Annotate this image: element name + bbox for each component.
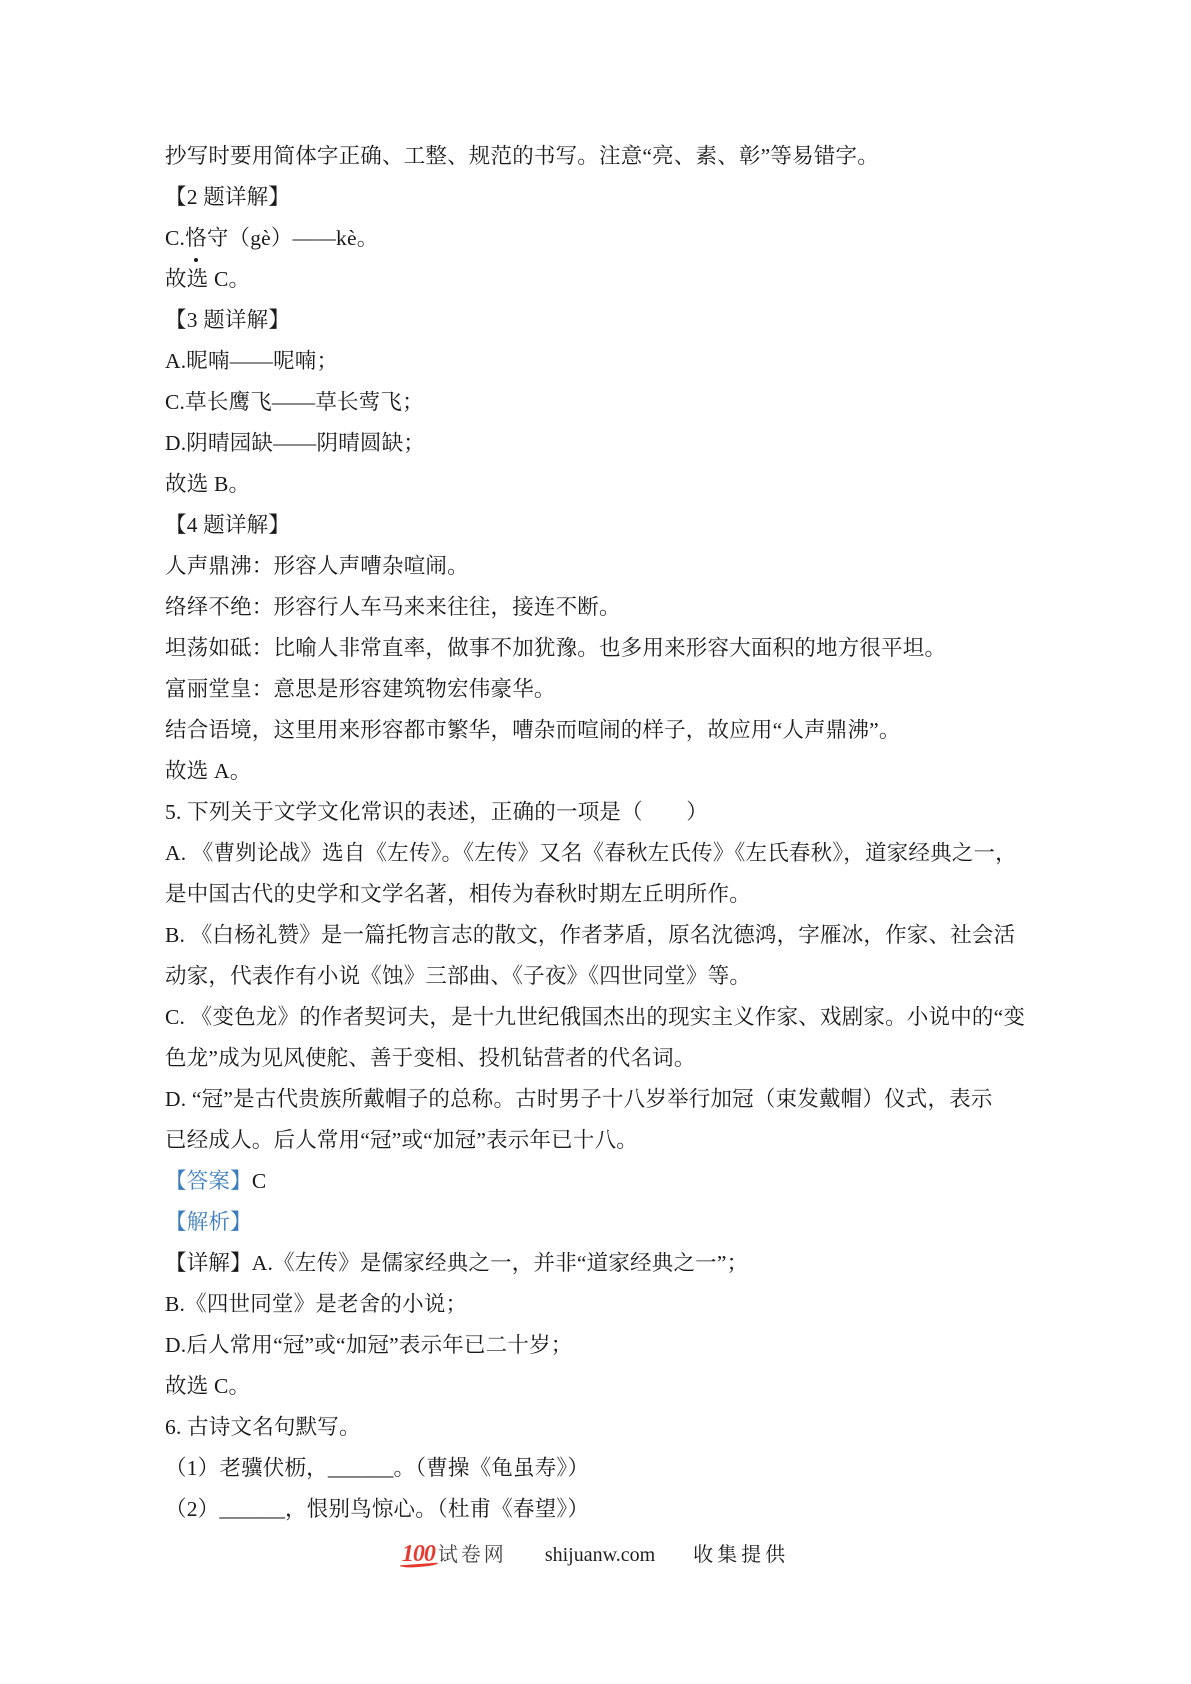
text-segment: 【3 题详解】 <box>165 308 290 332</box>
text-line: 坦荡如砥：比喻人非常直率，做事不加犹豫。也多用来形容大面积的地方很平坦。 <box>165 628 1045 669</box>
text-segment: 富丽堂皇：意思是形容建筑物宏伟豪华。 <box>165 677 556 701</box>
text-line: 络绎不绝：形容行人车马来来往往，接连不断。 <box>165 587 1045 628</box>
text-line: 人声鼎沸：形容人声嘈杂喧闹。 <box>165 546 1045 587</box>
logo-100-icon: 100 <box>402 1541 438 1568</box>
text-segment: 【2 题详解】 <box>165 185 290 209</box>
text-segment: 6. 古诗文名句默写。 <box>165 1415 361 1439</box>
text-line: C.草长鹰飞——草长莺飞； <box>165 382 1045 423</box>
text-line: C.恪守（gè）——kè。 <box>165 218 1045 259</box>
text-line: 已经成人。后人常用“冠”或“加冠”表示年已十八。 <box>165 1120 1045 1161</box>
text-line: D. “冠”是古代贵族所戴帽子的总称。古时男子十八岁举行加冠（束发戴帽）仪式，表… <box>165 1079 1045 1120</box>
text-line: A.昵喃——呢喃； <box>165 341 1045 382</box>
text-line: B. 《白杨礼赞》是一篇托物言志的散文，作者茅盾，原名沈德鸿，字雁冰，作家、社会… <box>165 915 1045 956</box>
text-segment: B. 《白杨礼赞》是一篇托物言志的散文，作者茅盾，原名沈德鸿，字雁冰，作家、社会… <box>165 923 1015 947</box>
text-line: 【详解】A.《左传》是儒家经典之一，并非“道家经典之一”； <box>165 1243 1045 1284</box>
text-line: D.后人常用“冠”或“加冠”表示年已二十岁； <box>165 1325 1045 1366</box>
text-segment: （2）______，恨别鸟惊心。（杜甫《春望》） <box>165 1497 589 1521</box>
text-segment: 故选 C。 <box>165 267 250 291</box>
text-segment: 结合语境，这里用来形容都市繁华，嘈杂而喧闹的样子，故应用“人声鼎沸”。 <box>165 718 901 742</box>
text-segment: 故选 C。 <box>165 1374 250 1398</box>
text-segment: C. 《变色龙》的作者契诃夫，是十九世纪俄国杰出的现实主义作家、戏剧家。小说中的… <box>165 1005 1025 1029</box>
document-body: 抄写时要用简体字正确、工整、规范的书写。注意“亮、素、彰”等易错字。【2 题详解… <box>165 136 1045 1530</box>
text-segment: C <box>252 1169 267 1193</box>
text-line: 5. 下列关于文学文化常识的表述，正确的一项是（ ） <box>165 792 1045 833</box>
text-segment: C.草长鹰飞——草长莺飞； <box>165 390 424 414</box>
text-line: B.《四世同堂》是老舍的小说； <box>165 1284 1045 1325</box>
text-line: A. 《曹刿论战》选自《左传》。《左传》又名《春秋左氏传》《左氏春秋》，道家经典… <box>165 833 1045 874</box>
text-segment: 动家，代表作有小说《蚀》三部曲、《子夜》《四世同堂》等。 <box>165 964 751 988</box>
text-line: C. 《变色龙》的作者契诃夫，是十九世纪俄国杰出的现实主义作家、戏剧家。小说中的… <box>165 997 1045 1038</box>
text-segment: 色龙”成为见风使舵、善于变相、投机钻营者的代名词。 <box>165 1046 696 1070</box>
text-line: 【3 题详解】 <box>165 300 1045 341</box>
text-segment: 【详解】A.《左传》是儒家经典之一，并非“道家经典之一”； <box>165 1251 748 1275</box>
text-line: 6. 古诗文名句默写。 <box>165 1407 1045 1448</box>
text-segment: B.《四世同堂》是老舍的小说； <box>165 1292 467 1316</box>
text-segment: 坦荡如砥：比喻人非常直率，做事不加犹豫。也多用来形容大面积的地方很平坦。 <box>165 636 946 660</box>
text-line: 【4 题详解】 <box>165 505 1045 546</box>
emphasized-char: 恪 <box>185 218 207 259</box>
text-line: 【解析】 <box>165 1202 1045 1243</box>
text-line: 【2 题详解】 <box>165 177 1045 218</box>
text-line: 结合语境，这里用来形容都市繁华，嘈杂而喧闹的样子，故应用“人声鼎沸”。 <box>165 710 1045 751</box>
text-line: （1）老骥伏枥，______。（曹操《龟虽寿》） <box>165 1448 1045 1489</box>
text-segment: （1）老骥伏枥，______。（曹操《龟虽寿》） <box>165 1456 589 1480</box>
text-segment: D. “冠”是古代贵族所戴帽子的总称。古时男子十八岁举行加冠（束发戴帽）仪式，表… <box>165 1087 993 1111</box>
text-segment: 故选 A。 <box>165 759 251 783</box>
text-segment: 【4 题详解】 <box>165 513 290 537</box>
highlighted-label: 【解析】 <box>165 1210 252 1234</box>
text-segment: D.阴晴园缺——阴晴圆缺； <box>165 431 425 455</box>
text-segment: A. 《曹刿论战》选自《左传》。《左传》又名《春秋左氏传》《左氏春秋》，道家经典… <box>165 841 1017 865</box>
text-segment: D.后人常用“冠”或“加冠”表示年已二十岁； <box>165 1333 572 1357</box>
text-segment: 守（gè）——kè。 <box>207 226 379 250</box>
document-page: { "page": { "background": "#ffffff", "te… <box>0 0 1191 1684</box>
text-line: 故选 A。 <box>165 751 1045 792</box>
text-line: 故选 C。 <box>165 1366 1045 1407</box>
text-segment: 是中国古代的史学和文学名著，相传为春秋时期左丘明所作。 <box>165 882 751 906</box>
text-line: 动家，代表作有小说《蚀》三部曲、《子夜》《四世同堂》等。 <box>165 956 1045 997</box>
footer-collect-label: 收集提供 <box>693 1538 789 1567</box>
text-line: D.阴晴园缺——阴晴圆缺； <box>165 423 1045 464</box>
text-line: 是中国古代的史学和文学名著，相传为春秋时期左丘明所作。 <box>165 874 1045 915</box>
text-segment: A.昵喃——呢喃； <box>165 349 338 373</box>
text-line: 故选 C。 <box>165 259 1045 300</box>
page-footer: 100 试卷网 shijuanw.com 收集提供 <box>0 1538 1191 1568</box>
text-segment: C. <box>165 226 185 250</box>
highlighted-label: 【答案】 <box>165 1169 252 1193</box>
text-line: 抄写时要用简体字正确、工整、规范的书写。注意“亮、素、彰”等易错字。 <box>165 136 1045 177</box>
text-line: （2）______，恨别鸟惊心。（杜甫《春望》） <box>165 1489 1045 1530</box>
text-line: 【答案】C <box>165 1161 1045 1202</box>
text-line: 故选 B。 <box>165 464 1045 505</box>
text-segment: 已经成人。后人常用“冠”或“加冠”表示年已十八。 <box>165 1128 638 1152</box>
text-segment: 故选 B。 <box>165 472 250 496</box>
text-segment: 人声鼎沸：形容人声嘈杂喧闹。 <box>165 554 469 578</box>
text-segment: 抄写时要用简体字正确、工整、规范的书写。注意“亮、素、彰”等易错字。 <box>165 144 879 168</box>
shijuanw-logo: 100 试卷网 <box>402 1538 507 1568</box>
text-line: 色龙”成为见风使舵、善于变相、投机钻营者的代名词。 <box>165 1038 1045 1079</box>
logo-site-name: 试卷网 <box>438 1538 507 1567</box>
text-segment: 5. 下列关于文学文化常识的表述，正确的一项是（ ） <box>165 800 708 824</box>
text-line: 富丽堂皇：意思是形容建筑物宏伟豪华。 <box>165 669 1045 710</box>
footer-domain: shijuanw.com <box>545 1544 655 1567</box>
text-segment: 络绎不绝：形容行人车马来来往往，接连不断。 <box>165 595 621 619</box>
